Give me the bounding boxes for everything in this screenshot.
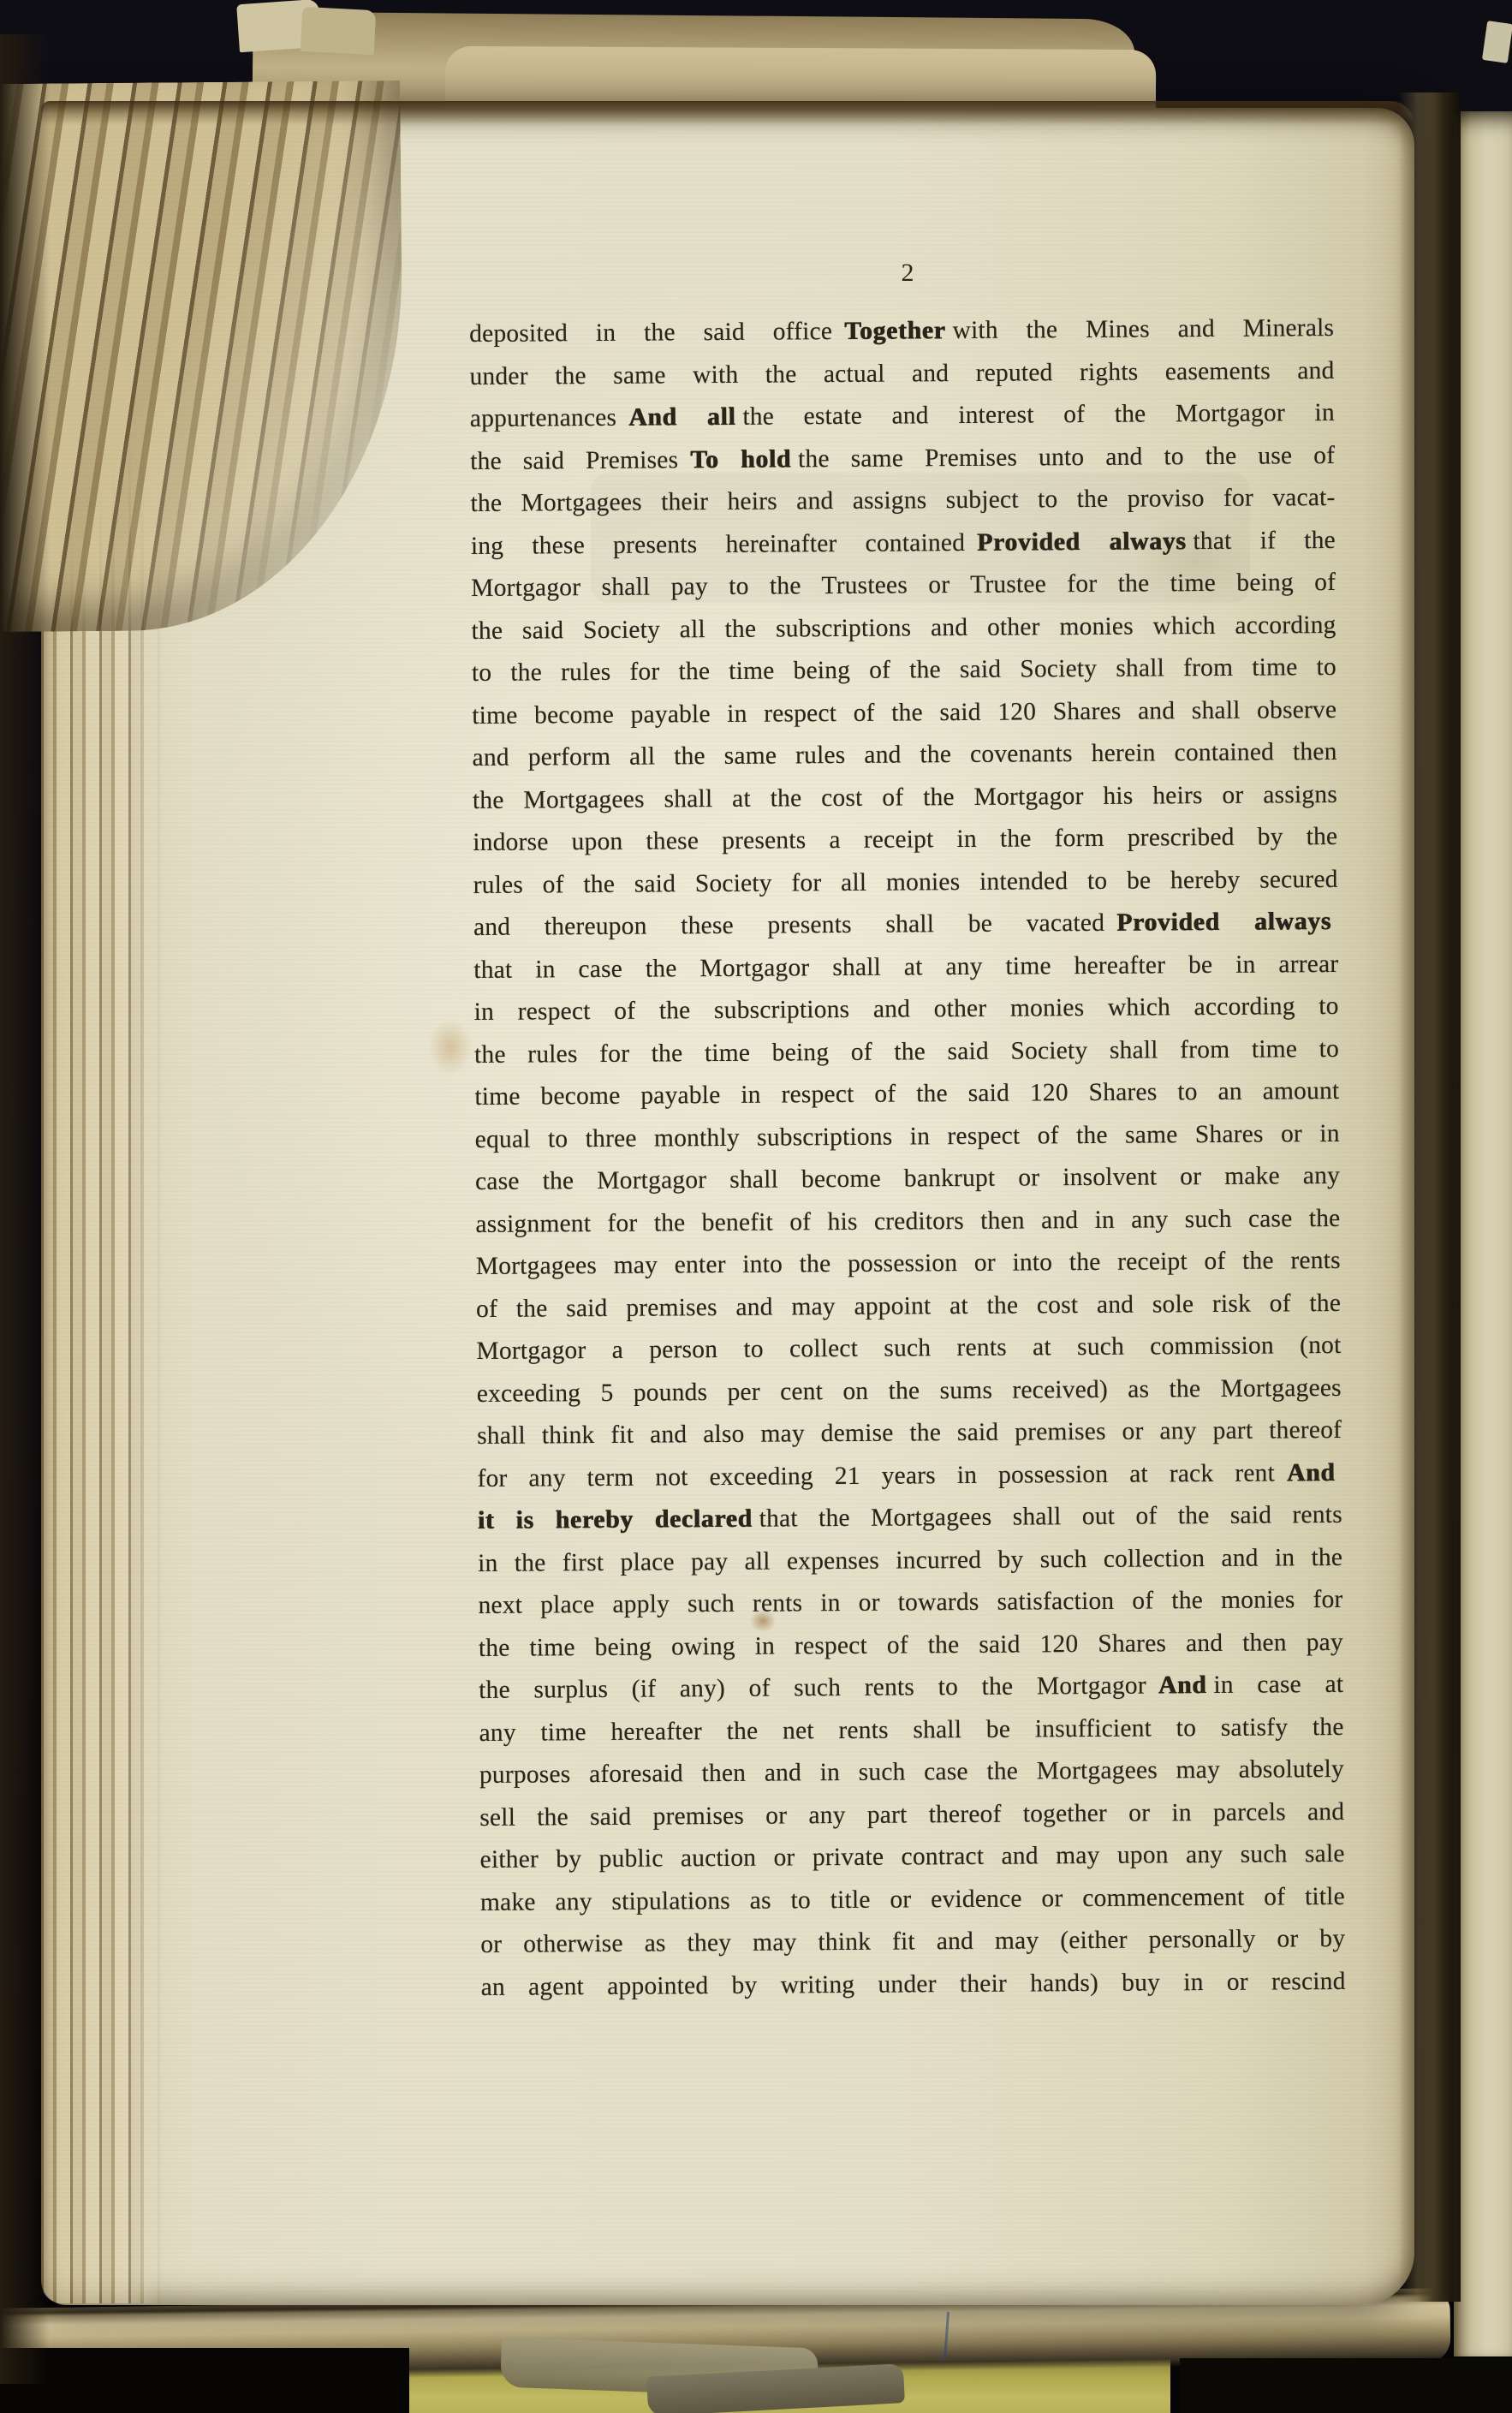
text-line: either by public auction or private cont… — [479, 1833, 1344, 1882]
text-segment: and perform all the same rules and the c… — [473, 738, 1337, 772]
text-segment: that if the — [1193, 526, 1336, 554]
text-segment: sell the said premises or any part there… — [479, 1797, 1344, 1831]
text-line: or otherwise as they may think fit and m… — [480, 1918, 1345, 1967]
text-segment: either by public auction or private cont… — [479, 1840, 1344, 1874]
text-line: an agent appointed by writing under thei… — [480, 1960, 1345, 2009]
text-segment: case the Mortgagor shall become bankrupt… — [475, 1162, 1340, 1195]
text-segment: indorse upon these presents a receipt in… — [473, 823, 1337, 856]
text-segment: in the first place pay all expenses incu… — [478, 1543, 1342, 1576]
bottom-left-shadow — [0, 2348, 409, 2413]
text-line: and thereupon these presents shall be va… — [473, 901, 1338, 950]
text-segment: time become payable in respect of the sa… — [474, 1077, 1339, 1111]
facing-page-edge — [1454, 111, 1512, 2356]
bottom-right-shadow — [1180, 2358, 1512, 2413]
text-line: shall think fit and also may demise the … — [477, 1409, 1342, 1458]
text-segment: or otherwise as they may think fit and m… — [480, 1925, 1345, 1958]
text-line: equal to three monthly subscriptions in … — [475, 1112, 1340, 1161]
text-line: the Mortgagees their heirs and assigns s… — [470, 477, 1335, 526]
text-segment: Mortgagor a person to collect such rents… — [476, 1332, 1341, 1365]
text-segment: shall think fit and also may demise the … — [477, 1416, 1342, 1450]
blackletter-phrase: it is hereby declared — [478, 1505, 753, 1534]
text-line: time become payable in respect of the sa… — [472, 688, 1336, 737]
text-line: under the same with the actual and reput… — [469, 349, 1334, 398]
text-segment: deposited in the said office — [469, 318, 832, 348]
text-segment: ing these presents hereinafter contained — [471, 528, 965, 559]
blackletter-phrase: Provided always — [1116, 908, 1331, 937]
text-line: assignment for the benefit of his credit… — [475, 1197, 1340, 1246]
text-line: case the Mortgagor shall become bankrupt… — [475, 1155, 1340, 1204]
text-line: the surplus (if any) of such rents to th… — [479, 1664, 1343, 1713]
text-line: of the said premises and may appoint at … — [476, 1282, 1341, 1331]
text-segment: exceeding 5 pounds per cent on the sums … — [477, 1373, 1342, 1407]
text-line: in the first place pay all expenses incu… — [478, 1536, 1342, 1585]
gutter-shadow — [1399, 92, 1461, 2302]
stain — [428, 1019, 473, 1075]
page-number: 2 — [882, 259, 933, 288]
burnt-top-edge — [41, 101, 1414, 125]
text-line: any time hereafter the net rents shall b… — [479, 1706, 1343, 1755]
blackletter-phrase: To hold — [690, 445, 791, 474]
text-segment: appurtenances — [470, 404, 617, 432]
text-line: the said PremisesTo holdthe same Premise… — [470, 434, 1335, 483]
paper-chip — [1482, 21, 1512, 63]
text-segment: the Mortgagees their heirs and assigns s… — [470, 484, 1335, 517]
page-corner-tab — [301, 7, 377, 55]
text-segment: of the said premises and may appoint at … — [476, 1289, 1341, 1322]
text-line: time become payable in respect of the sa… — [474, 1070, 1339, 1119]
text-line: the said Society all the subscriptions a… — [471, 604, 1336, 652]
text-line: Mortgagor a person to collect such rents… — [476, 1325, 1341, 1373]
text-line: Mortgagor shall pay to the Trustees or T… — [471, 562, 1336, 611]
text-line: and perform all the same rules and the c… — [472, 731, 1336, 780]
text-segment: the said Society all the subscriptions a… — [471, 611, 1336, 644]
text-segment: any time hereafter the net rents shall b… — [479, 1713, 1343, 1746]
text-segment: Mortgagees may enter into the possession… — [476, 1247, 1341, 1280]
text-line: ing these presents hereinafter contained… — [471, 519, 1336, 568]
text-line: to the rules for the time being of the s… — [472, 646, 1336, 695]
text-segment: the rules for the time being of the said… — [474, 1034, 1339, 1068]
text-segment: the estate and interest of the Mortgagor… — [742, 399, 1335, 431]
text-line: deposited in the said officeTogetherwith… — [469, 307, 1334, 356]
text-line: next place apply such rents in or toward… — [478, 1579, 1342, 1628]
text-segment: equal to three monthly subscriptions in … — [475, 1119, 1340, 1153]
text-segment: in case at — [1213, 1671, 1343, 1699]
text-line: that in case the Mortgagor shall at any … — [473, 943, 1338, 992]
text-segment: that the Mortgagees shall out of the sai… — [759, 1501, 1342, 1533]
left-edge-shadow — [0, 34, 50, 2384]
text-segment: with the Mines and Minerals — [952, 314, 1334, 344]
text-segment: an agent appointed by writing under thei… — [481, 1967, 1346, 2000]
blackletter-phrase: Provided always — [977, 527, 1187, 557]
blackletter-phrase: And — [1287, 1458, 1336, 1486]
text-segment: assignment for the benefit of his credit… — [475, 1204, 1340, 1237]
text-line: indorse upon these presents a receipt in… — [473, 816, 1337, 865]
text-segment: the same Premises unto and to the use of — [798, 441, 1335, 472]
scanned-book-photo: 2 deposited in the said officeTogetherwi… — [0, 0, 1512, 2413]
text-segment: under the same with the actual and reput… — [469, 356, 1334, 390]
text-line: appurtenancesAnd allthe estate and inter… — [470, 392, 1335, 441]
text-line: make any stipulations as to title or evi… — [480, 1875, 1345, 1924]
blackletter-phrase: Together — [844, 317, 946, 345]
text-segment: next place apply such rents in or toward… — [478, 1586, 1342, 1619]
text-segment: make any stipulations as to title or evi… — [480, 1882, 1345, 1916]
blackletter-phrase: And all — [628, 403, 735, 432]
text-line: for any term not exceeding 21 years in p… — [477, 1451, 1342, 1500]
text-segment: the said Premises — [470, 446, 678, 475]
text-segment: the Mortgagees shall at the cost of the … — [473, 780, 1337, 813]
text-line: the Mortgagees shall at the cost of the … — [473, 773, 1337, 822]
text-segment: and thereupon these presents shall be va… — [473, 909, 1104, 941]
document-text: deposited in the said officeTogetherwith… — [469, 307, 1346, 2009]
text-line: purposes aforesaid then and in such case… — [479, 1749, 1344, 1797]
text-segment: the surplus (if any) of such rents to th… — [479, 1672, 1146, 1704]
text-line: exceeding 5 pounds per cent on the sums … — [477, 1367, 1342, 1415]
text-segment: Mortgagor shall pay to the Trustees or T… — [471, 569, 1336, 602]
text-segment: time become payable in respect of the sa… — [472, 695, 1336, 729]
text-segment: rules of the said Society for all monies… — [473, 865, 1338, 898]
text-line: in respect of the subscriptions and othe… — [474, 986, 1339, 1034]
text-line: Mortgagees may enter into the possession… — [476, 1240, 1341, 1289]
text-segment: to the rules for the time being of the s… — [472, 653, 1336, 687]
text-segment: purposes aforesaid then and in such case… — [479, 1755, 1344, 1789]
text-line: rules of the said Society for all monies… — [473, 858, 1337, 907]
text-segment: that in case the Mortgagor shall at any … — [473, 950, 1338, 983]
blackletter-phrase: And — [1158, 1671, 1207, 1699]
text-line: the rules for the time being of the said… — [474, 1028, 1339, 1076]
text-segment: for any term not exceeding 21 years in p… — [477, 1459, 1275, 1492]
text-segment: in respect of the subscriptions and othe… — [474, 992, 1339, 1026]
text-line: the time being owing in respect of the s… — [479, 1621, 1343, 1670]
text-line: it is hereby declaredthat the Mortgagees… — [478, 1494, 1342, 1543]
text-line: sell the said premises or any part there… — [479, 1790, 1344, 1839]
text-segment: the time being owing in respect of the s… — [479, 1628, 1343, 1661]
